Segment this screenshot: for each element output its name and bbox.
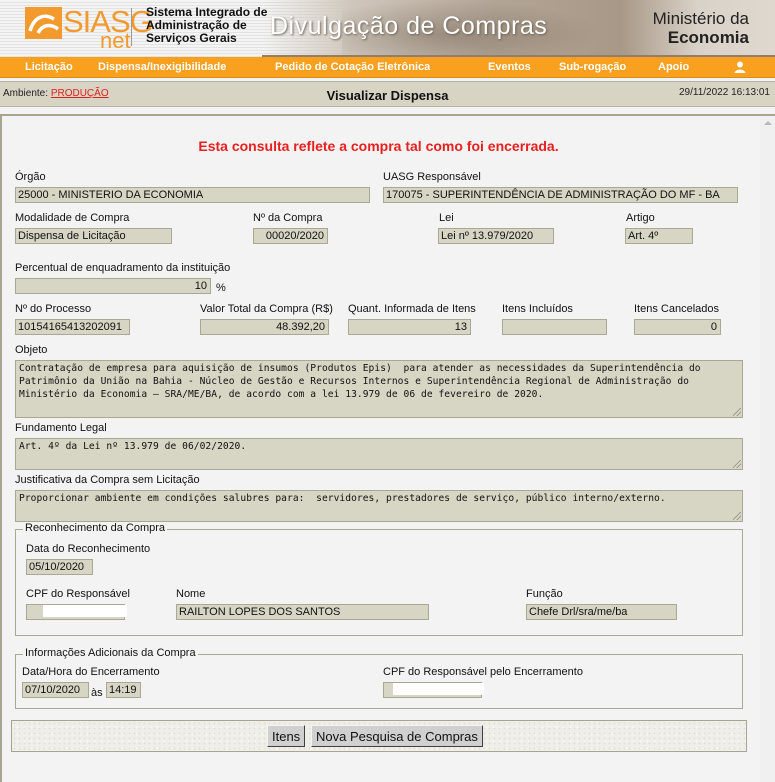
quant-itens-field: 13 [348, 319, 471, 335]
uasg-field: 170075 - SUPERINTENDÊNCIA DE ADMINISTRAÇ… [383, 187, 738, 203]
system-name-line: Serviços Gerais [146, 32, 267, 45]
percentual-label: Percentual de enquadramento da instituiç… [15, 262, 230, 274]
modalidade-label: Modalidade de Compra [15, 212, 129, 224]
encerramento-date-field: 07/10/2020 [22, 682, 89, 698]
reconhecimento-legend: Reconhecimento da Compra [23, 522, 167, 534]
percent-unit: % [216, 282, 226, 294]
nav-eventos[interactable]: Eventos [488, 61, 531, 73]
banner-title: Divulgação de Compras [270, 12, 547, 41]
modalidade-field: Dispensa de Licitação [15, 228, 172, 244]
status-bar: Ambiente: PRODUÇÃO Visualizar Dispensa 2… [0, 81, 775, 107]
lei-label: Lei [439, 212, 454, 224]
objeto-text: Contratação de empresa para aquisição de… [19, 363, 706, 400]
fundamento-textarea[interactable]: Art. 4º da Lei nº 13.979 de 06/02/2020. [15, 438, 743, 470]
itens-button[interactable]: Itens [267, 725, 305, 747]
redacted-cpf [393, 683, 484, 695]
nav-apoio[interactable]: Apoio [658, 61, 689, 73]
ministry-name: Ministério da Economia [653, 9, 749, 47]
warning-message: Esta consulta reflete a compra tal como … [0, 138, 757, 154]
processo-label: Nº do Processo [15, 303, 91, 315]
ministry-line2: Economia [653, 28, 749, 47]
encerramento-label: Data/Hora do Encerramento [22, 666, 160, 678]
orgao-field: 25000 - MINISTERIO DA ECONOMIA [15, 187, 370, 203]
data-reconhecimento-label: Data do Reconhecimento [26, 543, 150, 555]
ministry-line1: Ministério da [653, 9, 749, 28]
resize-grip-icon[interactable] [733, 460, 741, 468]
itens-cancelados-field: 0 [634, 319, 721, 335]
encerramento-sep: às [91, 687, 103, 699]
logo-divider [131, 8, 132, 46]
system-name: Sistema Integrado de Administração de Se… [146, 6, 267, 45]
encerramento-time-field: 14:19 [106, 682, 141, 698]
timestamp: 29/11/2022 16:13:01 [679, 87, 770, 98]
funcao-field: Chefe Drl/sra/me/ba [526, 604, 677, 620]
ambiente: Ambiente: PRODUÇÃO [3, 88, 109, 99]
objeto-label: Objeto [15, 344, 47, 356]
vertical-scrollbar[interactable] [760, 114, 775, 782]
numero-compra-field: 00020/2020 [253, 228, 328, 244]
data-reconhecimento-field: 05/10/2020 [26, 559, 93, 575]
cpf-responsavel-label: CPF do Responsável [26, 588, 130, 600]
nome-label: Nome [176, 588, 205, 600]
numero-compra-label: Nº da Compra [253, 212, 322, 224]
nav-sub-rogacao[interactable]: Sub-rogação [559, 61, 626, 73]
resize-grip-icon[interactable] [733, 512, 741, 520]
resize-grip-icon[interactable] [733, 408, 741, 416]
nav-dispensa[interactable]: Dispensa/Inexigibilidade [98, 61, 226, 73]
funcao-label: Função [526, 588, 563, 600]
nome-field: RAILTON LOPES DOS SANTOS [176, 604, 429, 620]
itens-cancelados-label: Itens Cancelados [634, 303, 719, 315]
adicionais-legend: Informações Adicionais da Compra [23, 647, 198, 659]
lei-field: Lei nº 13.979/2020 [438, 228, 554, 244]
main-nav: Licitação Dispensa/Inexigibilidade Pedid… [0, 57, 775, 78]
ambiente-label: Ambiente: [3, 88, 48, 99]
redacted-cpf [43, 605, 127, 617]
nova-pesquisa-button[interactable]: Nova Pesquisa de Compras [311, 725, 483, 747]
itens-incluidos-field [502, 319, 607, 335]
quant-itens-label: Quant. Informada de Itens [348, 303, 476, 315]
artigo-field: Art. 4º [625, 228, 693, 244]
artigo-label: Artigo [626, 212, 655, 224]
ambiente-link[interactable]: PRODUÇÃO [51, 88, 109, 99]
cpf-encerramento-label: CPF do Responsável pelo Encerramento [383, 666, 583, 678]
nav-licitacao[interactable]: Licitação [25, 61, 73, 73]
justificativa-text: Proporcionar ambiente em condições salub… [19, 493, 666, 504]
fundamento-label: Fundamento Legal [15, 422, 107, 434]
page-title: Visualizar Dispensa [0, 88, 775, 103]
fundamento-text: Art. 4º da Lei nº 13.979 de 06/02/2020. [19, 441, 246, 452]
valor-total-label: Valor Total da Compra (R$) [200, 303, 333, 315]
justificativa-label: Justificativa da Compra sem Licitação [15, 474, 200, 486]
nav-pedido-cotacao[interactable]: Pedido de Cotação Eletrônica [275, 61, 430, 73]
scroll-up-arrow-icon[interactable] [764, 121, 772, 125]
orgao-label: Órgão [15, 171, 46, 183]
uasg-label: UASG Responsável [383, 171, 481, 183]
user-icon[interactable] [734, 61, 746, 73]
objeto-textarea[interactable]: Contratação de empresa para aquisição de… [15, 360, 743, 418]
processo-field: 10154165413202091 [15, 319, 130, 335]
percentual-field: 10 [15, 278, 211, 294]
siasg-logo-icon [25, 7, 62, 39]
header-banner: SIASG net Sistema Integrado de Administr… [0, 0, 775, 57]
valor-total-field: 48.392,20 [200, 319, 329, 335]
justificativa-textarea[interactable]: Proporcionar ambiente em condições salub… [15, 490, 743, 522]
logo-subtext: net [100, 30, 131, 52]
itens-incluidos-label: Itens Incluídos [502, 303, 573, 315]
